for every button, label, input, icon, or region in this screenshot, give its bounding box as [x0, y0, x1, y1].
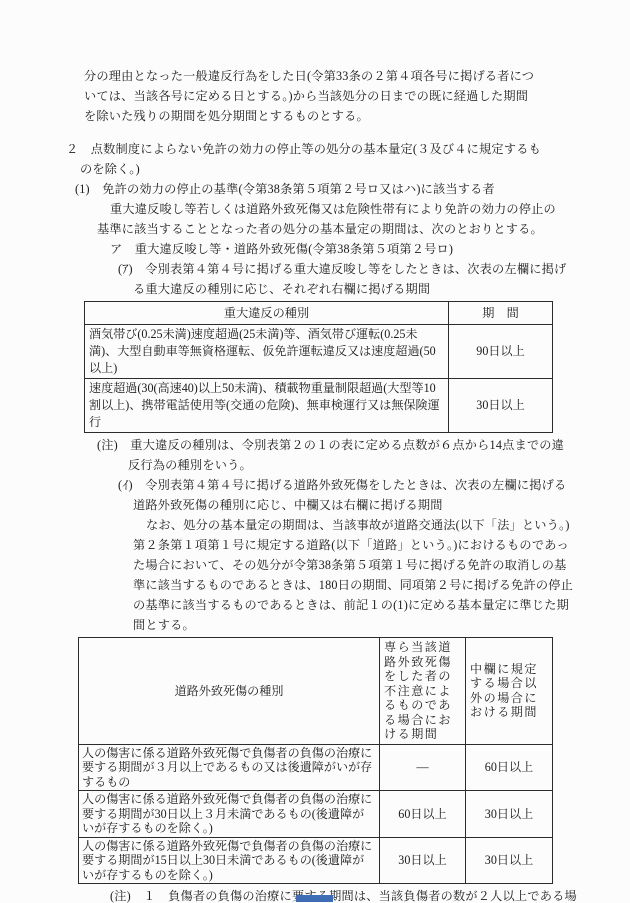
item-1-heading-line: (1) 免許の効力の停止の基準(令第38条第５項第２号ロ又はハ)に該当する者 — [75, 179, 630, 199]
page-scroll-indicator — [296, 895, 333, 902]
period-cell: 90日以上 — [449, 325, 553, 379]
table2-header-other-period: 中欄に規定する場合以外の場合における期間 — [466, 638, 553, 745]
section-2-heading-line: ２ 点数制度によらない免許の効力の停止等の処分の基本量定(３及び４に規定するも — [66, 139, 630, 159]
table-row: 人の傷害に係る道路外致死傷で負傷者の負傷の治療に要する期間が15日以上30日未満… — [79, 837, 553, 884]
sole-negligence-period-cell: ― — [380, 744, 466, 791]
note-line: (注) 重大違反の種別は、令別表第２の１の表に定める点数が６点から14点までの違 — [97, 435, 630, 455]
casualty-type-cell: 人の傷害に係る道路外致死傷で負傷者の負傷の治療に要する期間が30日以上３月未満で… — [79, 791, 380, 838]
note-line: (注) １ 負傷者の負傷の治療に要する期間は、当該負傷者の数が２人以上である場 — [110, 886, 630, 903]
sub-item-a2-body-line: 第２条第１項第１号に規定する道路(以下「道路」という。)におけるものであっ — [133, 535, 630, 555]
table-row: 速度超過(30(高速40)以上50未満)、積載物重量制限超過(大型等10割以上)… — [85, 379, 553, 433]
table1-header-period: 期 間 — [449, 302, 553, 325]
table1-header-violation-type: 重大違反の種別 — [85, 302, 449, 325]
section-2-heading-line: のを除く。) — [80, 159, 630, 179]
sub-item-a1-line: (ｱ) 令別表第４第４号に掲げる重大違反唆し等をしたときは、次表の左欄に掲げ — [118, 259, 630, 279]
table-row: 人の傷害に係る道路外致死傷で負傷者の負傷の治療に要する期間が30日以上３月未満で… — [79, 791, 553, 838]
sub-item-a2-body-line: の基準に該当するものであるときは、前記１の(1)に定める基本量定に準じた期 — [133, 595, 630, 615]
document-page: 分の理由となった一般違反行為をした日(令第33条の２第４項各号に掲げる者につ い… — [0, 0, 630, 903]
offroad-casualty-period-table: 道路外致死傷の種別 専ら当該道路外致死傷をした者の不注意によるものである場合にお… — [78, 637, 553, 884]
period-cell: 30日以上 — [449, 379, 553, 433]
sub-item-a2-body-line: た場合において、その処分が令第38条第５項第１号に掲げる免許の取消しの基 — [133, 555, 630, 575]
sub-item-a-heading-line: ア 重大違反唆し等・道路外致死傷(令第38条第５項第２号ロ) — [110, 239, 630, 259]
serious-violation-period-table: 重大違反の種別 期 間 酒気帯び(0.25未満)速度超過(25未満)等、酒気帯び… — [84, 301, 553, 433]
item-1-body-line: 重大違反唆し等若しくは道路外致死傷又は危険性帯有により免許の効力の停止の — [110, 199, 630, 219]
casualty-type-cell: 人の傷害に係る道路外致死傷で負傷者の負傷の治療に要する期間が３月以上であるもの又… — [79, 744, 380, 791]
sub-item-a2-body-line: 間とする。 — [133, 615, 630, 635]
sole-negligence-period-cell: 60日以上 — [380, 791, 466, 838]
table-header-row: 重大違反の種別 期 間 — [85, 302, 553, 325]
sub-item-a2-line: 道路外致死傷の種別に応じ、中欄又は右欄に掲げる期間 — [133, 495, 630, 515]
table-header-row: 道路外致死傷の種別 専ら当該道路外致死傷をした者の不注意によるものである場合にお… — [79, 638, 553, 745]
sub-item-a1-line: る重大違反の種別に応じ、それぞれ右欄に掲げる期間 — [133, 279, 630, 299]
note-line: 反行為の種別をいう。 — [128, 455, 630, 475]
table-row: 人の傷害に係る道路外致死傷で負傷者の負傷の治療に要する期間が３月以上であるもの又… — [79, 744, 553, 791]
sub-item-a2-line: (ｲ) 令別表第４第４号に掲げる道路外致死傷をしたときは、次表の左欄に掲げる — [118, 475, 630, 495]
table-row: 酒気帯び(0.25未満)速度超過(25未満)等、酒気帯び運転(0.25未満)、大… — [85, 325, 553, 379]
violation-type-cell: 酒気帯び(0.25未満)速度超過(25未満)等、酒気帯び運転(0.25未満)、大… — [85, 325, 449, 379]
other-period-cell: 30日以上 — [466, 791, 553, 838]
sub-item-a2-body-line: 準に該当するものであるときは、180日の期間、同項第２号に掲げる免許の停止 — [133, 575, 630, 595]
continuation-paragraph-line: を除いた残りの期間を処分期間とするものとする。 — [84, 106, 630, 126]
item-1-body-line: 基準に該当することとなった者の処分の基本量定の期間は、次のとおりとする。 — [97, 219, 630, 239]
violation-type-cell: 速度超過(30(高速40)以上50未満)、積載物重量制限超過(大型等10割以上)… — [85, 379, 449, 433]
sub-item-a2-body-line: なお、処分の基本量定の期間は、当該事故が道路交通法(以下「法」という。) — [146, 515, 630, 535]
sole-negligence-period-cell: 30日以上 — [380, 837, 466, 884]
continuation-paragraph-line: いては、当該各号に定める日とする。)から当該処分の日までの既に経過した期間 — [84, 86, 630, 106]
other-period-cell: 30日以上 — [466, 837, 553, 884]
continuation-paragraph-line: 分の理由となった一般違反行為をした日(令第33条の２第４項各号に掲げる者につ — [84, 66, 630, 86]
table2-header-casualty-type: 道路外致死傷の種別 — [79, 638, 380, 745]
casualty-type-cell: 人の傷害に係る道路外致死傷で負傷者の負傷の治療に要する期間が15日以上30日未満… — [79, 837, 380, 884]
table2-header-sole-negligence-period: 専ら当該道路外致死傷をした者の不注意によるものである場合における期間 — [380, 638, 466, 745]
other-period-cell: 60日以上 — [466, 744, 553, 791]
